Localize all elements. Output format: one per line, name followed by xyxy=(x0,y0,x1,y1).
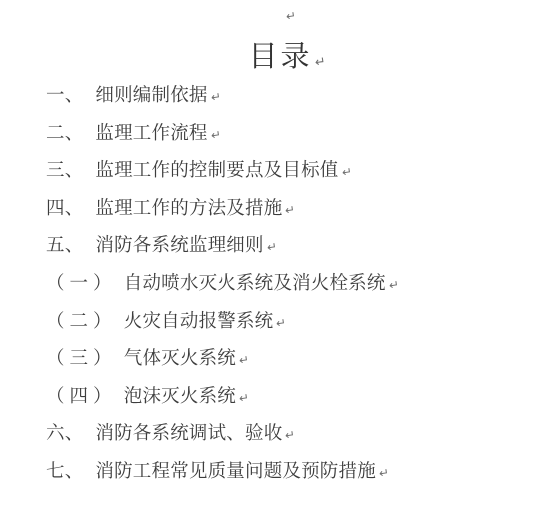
toc-entry-label: 监理工作的控制要点及目标值 xyxy=(95,153,338,191)
toc-entry-number: （ 一 ） xyxy=(46,266,112,304)
toc-entry-label: 监理工作流程 xyxy=(95,116,207,154)
toc-entry-label: 细则编制依据 xyxy=(95,78,207,116)
toc-entry-number: （ 四 ） xyxy=(46,379,112,417)
toc-entry: 三、 监理工作的控制要点及目标值 ↵ xyxy=(46,153,544,191)
toc-entry-label: 自动喷水灭火系统及消火栓系统 xyxy=(124,266,386,304)
toc-entry: （ 一 ） 自动喷水灭火系统及消火栓系统 ↵ xyxy=(46,266,544,304)
toc-entry-number: 七、 xyxy=(46,454,83,492)
toc-entry: 五、 消防各系统监理细则 ↵ xyxy=(46,228,544,266)
page-title: 目录↵ xyxy=(7,40,560,74)
paragraph-mark: ↵ xyxy=(238,354,250,367)
paragraph-mark: ↵ xyxy=(210,128,222,141)
paragraph-mark: ↵ xyxy=(378,466,390,479)
toc-entry-label: 消防各系统监理细则 xyxy=(95,228,263,266)
toc-entry: （ 二 ） 火灾自动报警系统 ↵ xyxy=(46,304,544,342)
paragraph-mark: ↵ xyxy=(388,278,400,291)
toc-entry-label: 监理工作的方法及措施 xyxy=(95,191,282,229)
toc-entry-label: 消防工程常见质量问题及预防措施 xyxy=(95,454,376,492)
toc-entry-number: 二、 xyxy=(46,116,83,154)
toc-list: 一、 细则编制依据 ↵ 二、 监理工作流程 ↵ 三、 监理工作的控制要点及目标值… xyxy=(46,78,544,492)
paragraph-mark: ↵ xyxy=(210,90,222,103)
toc-entry-number: 一、 xyxy=(46,78,83,116)
paragraph-mark: ↵ xyxy=(341,166,353,179)
toc-entry: （ 三 ） 气体灭火系统 ↵ xyxy=(46,341,544,379)
toc-entry-number: 六、 xyxy=(46,416,83,454)
toc-entry: 六、 消防各系统调试、验收 ↵ xyxy=(46,416,544,454)
paragraph-mark: ↵ xyxy=(266,241,278,254)
toc-entry-number: 五、 xyxy=(46,228,83,266)
toc-entry-number: （ 二 ） xyxy=(46,304,112,342)
toc-entry-label: 火灾自动报警系统 xyxy=(124,304,274,342)
paragraph-mark: ↵ xyxy=(238,391,250,404)
toc-entry-number: （ 三 ） xyxy=(46,341,112,379)
paragraph-mark: ↵ xyxy=(285,429,297,442)
paragraph-mark: ↵ xyxy=(276,316,288,329)
toc-entry-label: 消防各系统调试、验收 xyxy=(95,416,282,454)
toc-entry-label: 泡沫灭火系统 xyxy=(124,379,236,417)
toc-entry: 二、 监理工作流程 ↵ xyxy=(46,116,544,154)
toc-entry: 七、 消防工程常见质量问题及预防措施 ↵ xyxy=(46,454,544,492)
toc-entry: 一、 细则编制依据 ↵ xyxy=(46,78,544,116)
toc-entry: 四、 监理工作的方法及措施 ↵ xyxy=(46,191,544,229)
page-title-text: 目录 xyxy=(249,41,313,73)
toc-entry-label: 气体灭火系统 xyxy=(124,341,236,379)
toc-entry-number: 三、 xyxy=(46,153,83,191)
paragraph-mark: ↵ xyxy=(285,203,297,216)
paragraph-mark: ↵ xyxy=(285,9,297,22)
toc-entry: （ 四 ） 泡沫灭火系统 ↵ xyxy=(46,379,544,417)
document-page[interactable]: ↵ 目录↵ 一、 细则编制依据 ↵ 二、 监理工作流程 ↵ 三、 监理工作的控制… xyxy=(0,0,560,508)
toc-entry-number: 四、 xyxy=(46,191,83,229)
paragraph-mark: ↵ xyxy=(314,55,327,69)
